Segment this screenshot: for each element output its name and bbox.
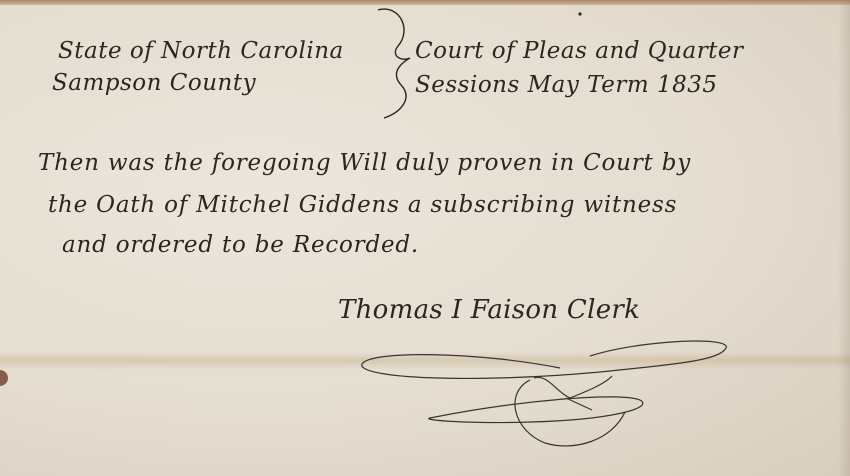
- signature-flourish-icon: [0, 0, 850, 476]
- document-page: State of North Carolina Sampson County C…: [0, 0, 850, 476]
